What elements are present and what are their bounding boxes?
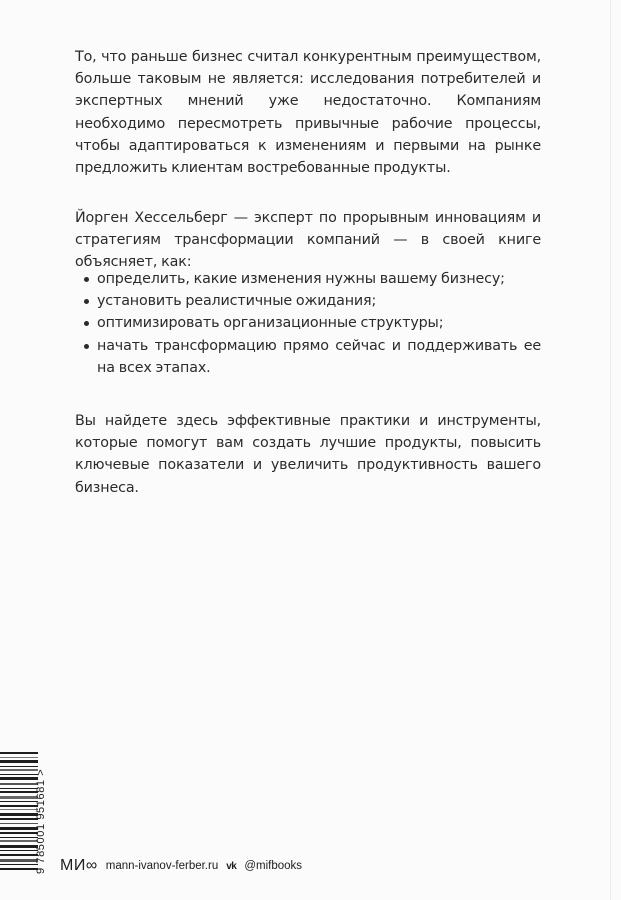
bullet-icon [84, 277, 89, 282]
website-link[interactable]: mann-ivanov-ferber.ru [106, 860, 219, 872]
bullet-icon [84, 344, 89, 349]
list-item-text: начать трансформацию прямо сейчас и подд… [97, 338, 541, 376]
list-item-text: оптимизировать организационные структуры… [97, 315, 443, 331]
list-item: определить, какие изменения нужны вашему… [75, 268, 541, 290]
bullet-icon [84, 321, 89, 326]
list-item: оптимизировать организационные структуры… [75, 312, 541, 334]
bullet-icon [84, 299, 89, 304]
page-edge [610, 0, 611, 900]
publisher-footer: МИ∞ mann-ivanov-ferber.ru vk @mifbooks [60, 856, 302, 876]
benefits-list: определить, какие изменения нужны вашему… [75, 268, 541, 379]
barcode-number: 9 785001 951681 > [34, 752, 48, 874]
list-item: начать трансформацию прямо сейчас и подд… [75, 335, 541, 379]
closing-paragraph: Вы найдете здесь эффективные практики и … [75, 410, 541, 499]
list-item-text: определить, какие изменения нужны вашему… [97, 271, 505, 287]
publisher-logo: МИ∞ [60, 857, 98, 875]
social-handle[interactable]: @mifbooks [244, 860, 302, 872]
author-paragraph: Йорген Хессельберг — эксперт по прорывны… [75, 207, 541, 274]
intro-paragraph: То, что раньше бизнес считал конкурентны… [75, 46, 541, 179]
barcode-icon [0, 752, 38, 870]
list-item: установить реалистичные ожидания; [75, 290, 541, 312]
vk-icon: vk [226, 861, 236, 872]
list-item-text: установить реалистичные ожидания; [97, 293, 376, 309]
